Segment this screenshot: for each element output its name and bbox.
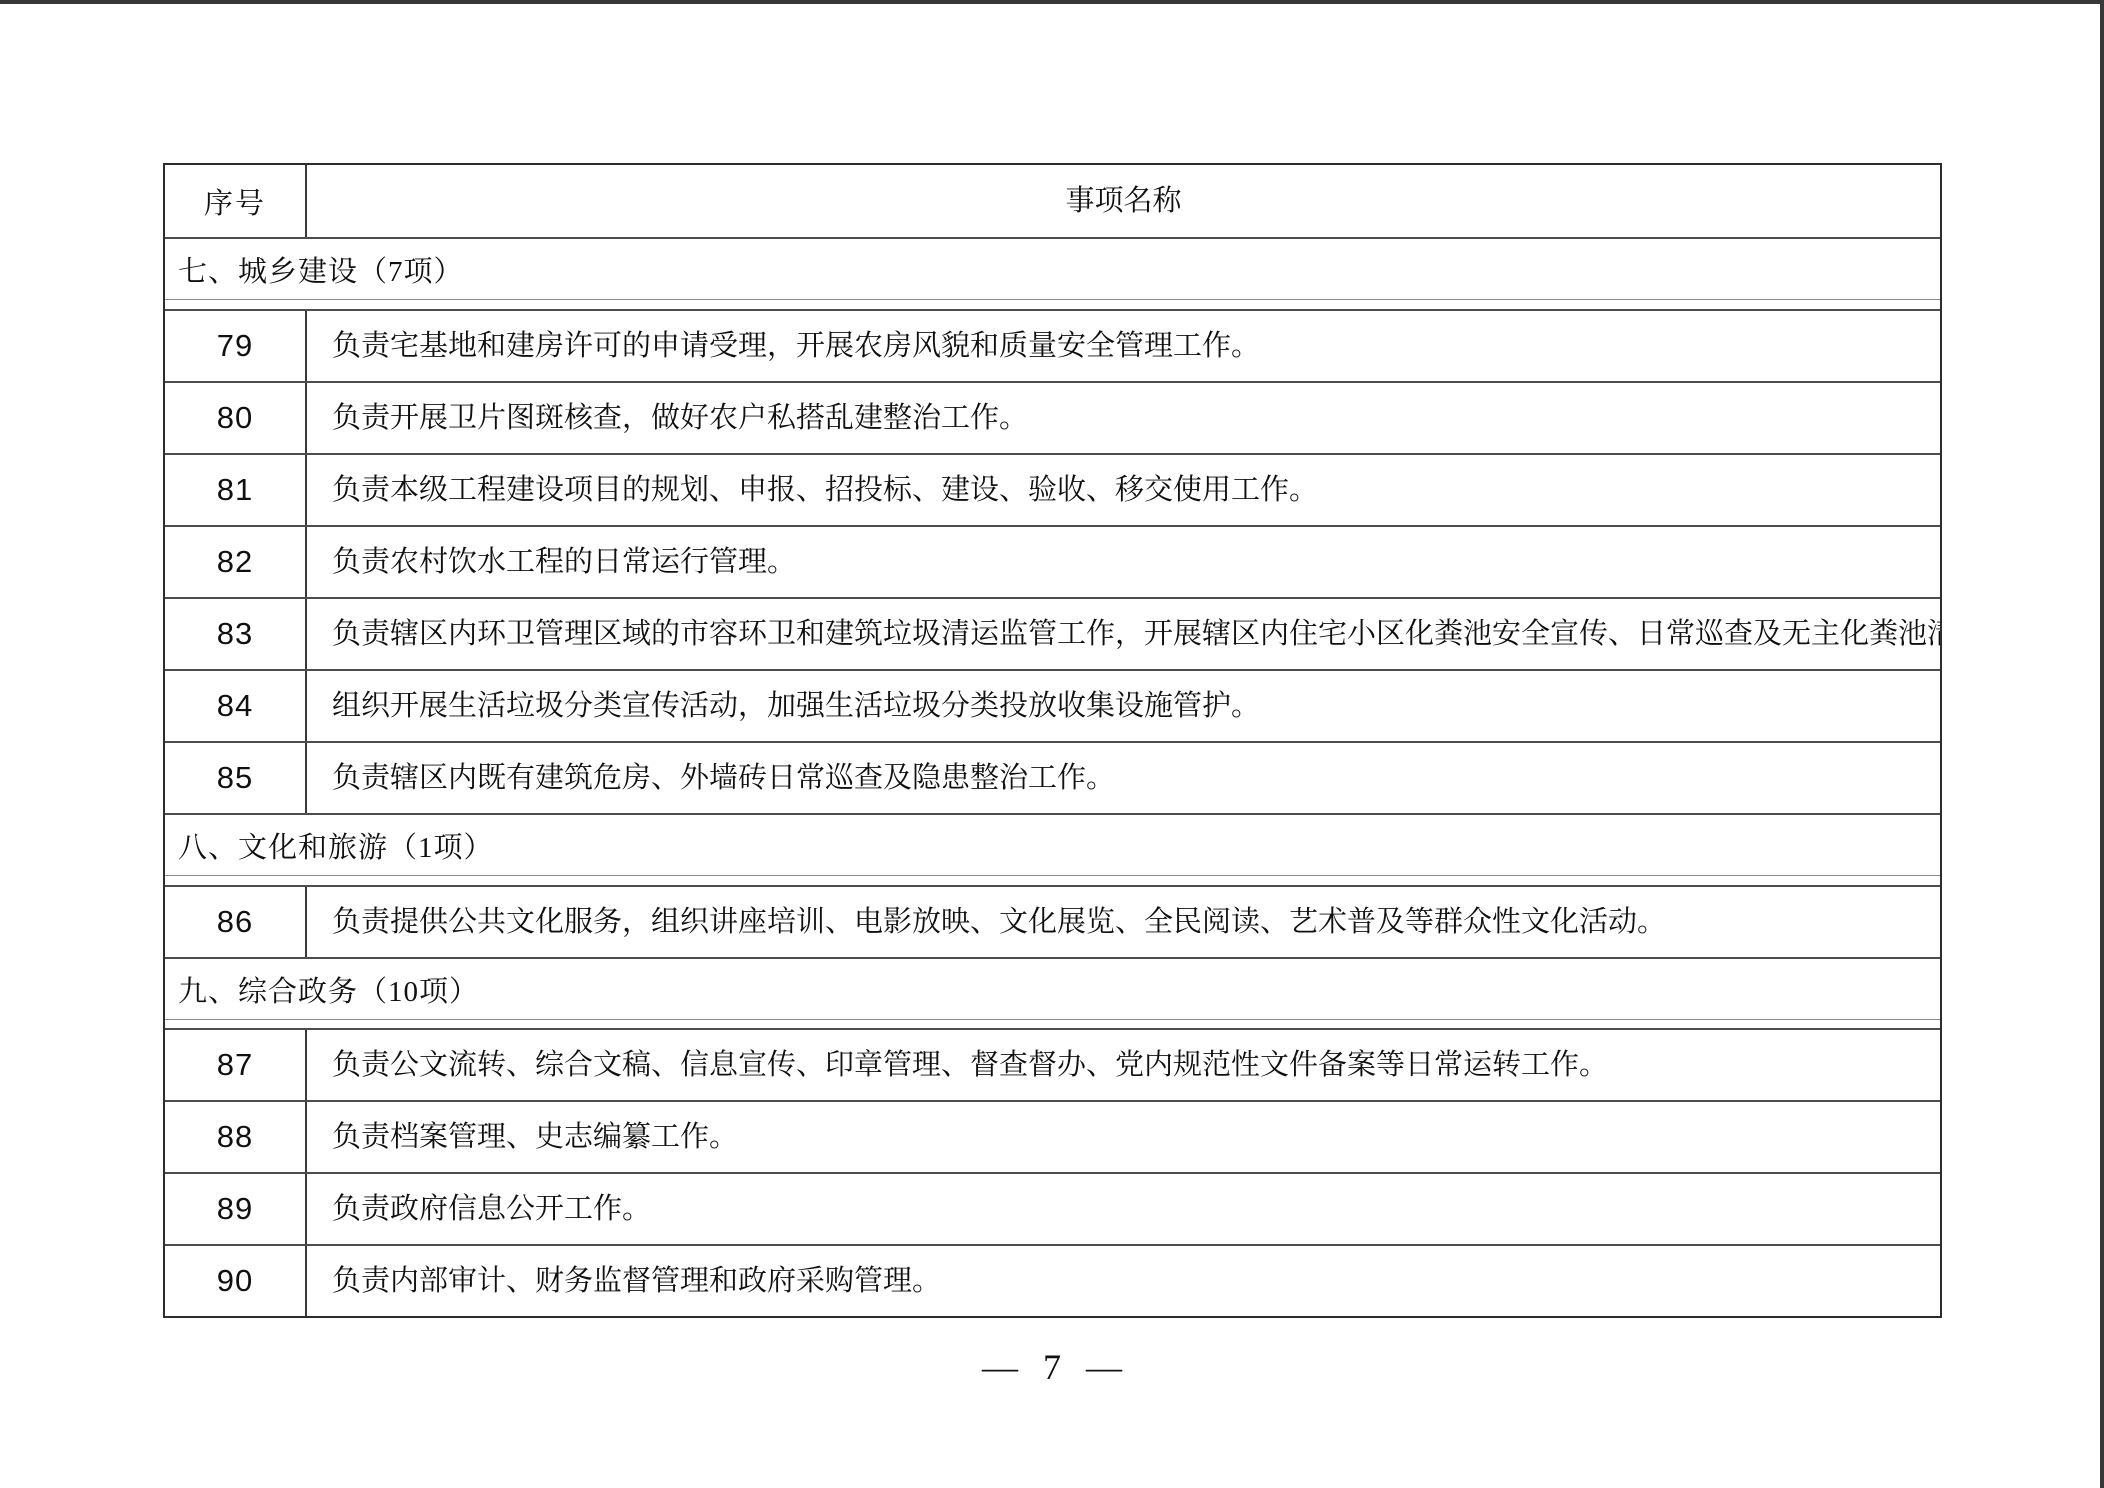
table-row: 79 负责宅基地和建房许可的申请受理，开展农房风貌和质量安全管理工作。	[165, 309, 1940, 381]
row-index-cell: 81	[165, 455, 307, 525]
row-index-cell: 85	[165, 743, 307, 813]
row-index-cell: 87	[165, 1030, 307, 1100]
row-index-cell: 84	[165, 671, 307, 741]
row-index-cell: 90	[165, 1246, 307, 1316]
row-desc-cell: 负责开展卫片图斑核查，做好农户私搭乱建整治工作。	[307, 383, 1940, 453]
table-row: 86 负责提供公共文化服务，组织讲座培训、电影放映、文化展览、全民阅读、艺术普及…	[165, 885, 1940, 957]
page-edge-right	[2100, 0, 2104, 1488]
row-desc-cell: 负责政府信息公开工作。	[307, 1174, 1940, 1244]
row-desc-cell: 组织开展生活垃圾分类宣传活动，加强生活垃圾分类投放收集设施管护。	[307, 671, 1940, 741]
row-desc-cell: 负责提供公共文化服务，组织讲座培训、电影放映、文化展览、全民阅读、艺术普及等群众…	[307, 887, 1940, 957]
table-row: 81 负责本级工程建设项目的规划、申报、招投标、建设、验收、移交使用工作。	[165, 453, 1940, 525]
table-row: 84 组织开展生活垃圾分类宣传活动，加强生活垃圾分类投放收集设施管护。	[165, 669, 1940, 741]
document-page: 序号 事项名称 七、城乡建设（7项） 79 负责宅基地和建房许可的申请受理，开展…	[0, 0, 2104, 1488]
table-row: 87 负责公文流转、综合文稿、信息宣传、印章管理、督查督办、党内规范性文件备案等…	[165, 1028, 1940, 1100]
section-row-general-affairs: 九、综合政务（10项）	[165, 957, 1940, 1020]
row-desc-cell: 负责档案管理、史志编纂工作。	[307, 1102, 1940, 1172]
row-index-cell: 88	[165, 1102, 307, 1172]
row-desc-cell: 负责辖区内既有建筑危房、外墙砖日常巡查及隐患整治工作。	[307, 743, 1940, 813]
row-desc-cell: 负责公文流转、综合文稿、信息宣传、印章管理、督查督办、党内规范性文件备案等日常运…	[307, 1030, 1940, 1100]
table-row: 90 负责内部审计、财务监督管理和政府采购管理。	[165, 1244, 1940, 1316]
row-index-cell: 79	[165, 311, 307, 381]
row-desc-cell: 负责宅基地和建房许可的申请受理，开展农房风貌和质量安全管理工作。	[307, 311, 1940, 381]
row-index-cell: 82	[165, 527, 307, 597]
header-cell-index: 序号	[165, 165, 307, 237]
row-index-cell: 89	[165, 1174, 307, 1244]
table-row: 85 负责辖区内既有建筑危房、外墙砖日常巡查及隐患整治工作。	[165, 741, 1940, 813]
items-table: 序号 事项名称 七、城乡建设（7项） 79 负责宅基地和建房许可的申请受理，开展…	[163, 163, 1942, 1318]
table-row: 89 负责政府信息公开工作。	[165, 1172, 1940, 1244]
section-divider-gap	[165, 876, 1940, 885]
section-row-urban-rural-construction: 七、城乡建设（7项）	[165, 237, 1940, 300]
page-number: — 7 —	[0, 1346, 2104, 1388]
section-divider-gap	[165, 300, 1940, 309]
section-divider-gap	[165, 1020, 1940, 1028]
row-index-cell: 80	[165, 383, 307, 453]
section-row-culture-tourism: 八、文化和旅游（1项）	[165, 813, 1940, 876]
row-index-cell: 86	[165, 887, 307, 957]
row-desc-cell: 负责内部审计、财务监督管理和政府采购管理。	[307, 1246, 1940, 1316]
table-row: 83 负责辖区内环卫管理区域的市容环卫和建筑垃圾清运监管工作，开展辖区内住宅小区…	[165, 597, 1940, 669]
row-desc-cell: 负责辖区内环卫管理区域的市容环卫和建筑垃圾清运监管工作，开展辖区内住宅小区化粪池…	[307, 599, 1940, 669]
page-edge-top	[0, 0, 2104, 4]
row-index-cell: 83	[165, 599, 307, 669]
table-row: 80 负责开展卫片图斑核查，做好农户私搭乱建整治工作。	[165, 381, 1940, 453]
header-cell-item-name: 事项名称	[307, 165, 1940, 237]
row-desc-cell: 负责农村饮水工程的日常运行管理。	[307, 527, 1940, 597]
row-desc-cell: 负责本级工程建设项目的规划、申报、招投标、建设、验收、移交使用工作。	[307, 455, 1940, 525]
table-header-row: 序号 事项名称	[165, 165, 1940, 237]
table-row: 82 负责农村饮水工程的日常运行管理。	[165, 525, 1940, 597]
table-row: 88 负责档案管理、史志编纂工作。	[165, 1100, 1940, 1172]
